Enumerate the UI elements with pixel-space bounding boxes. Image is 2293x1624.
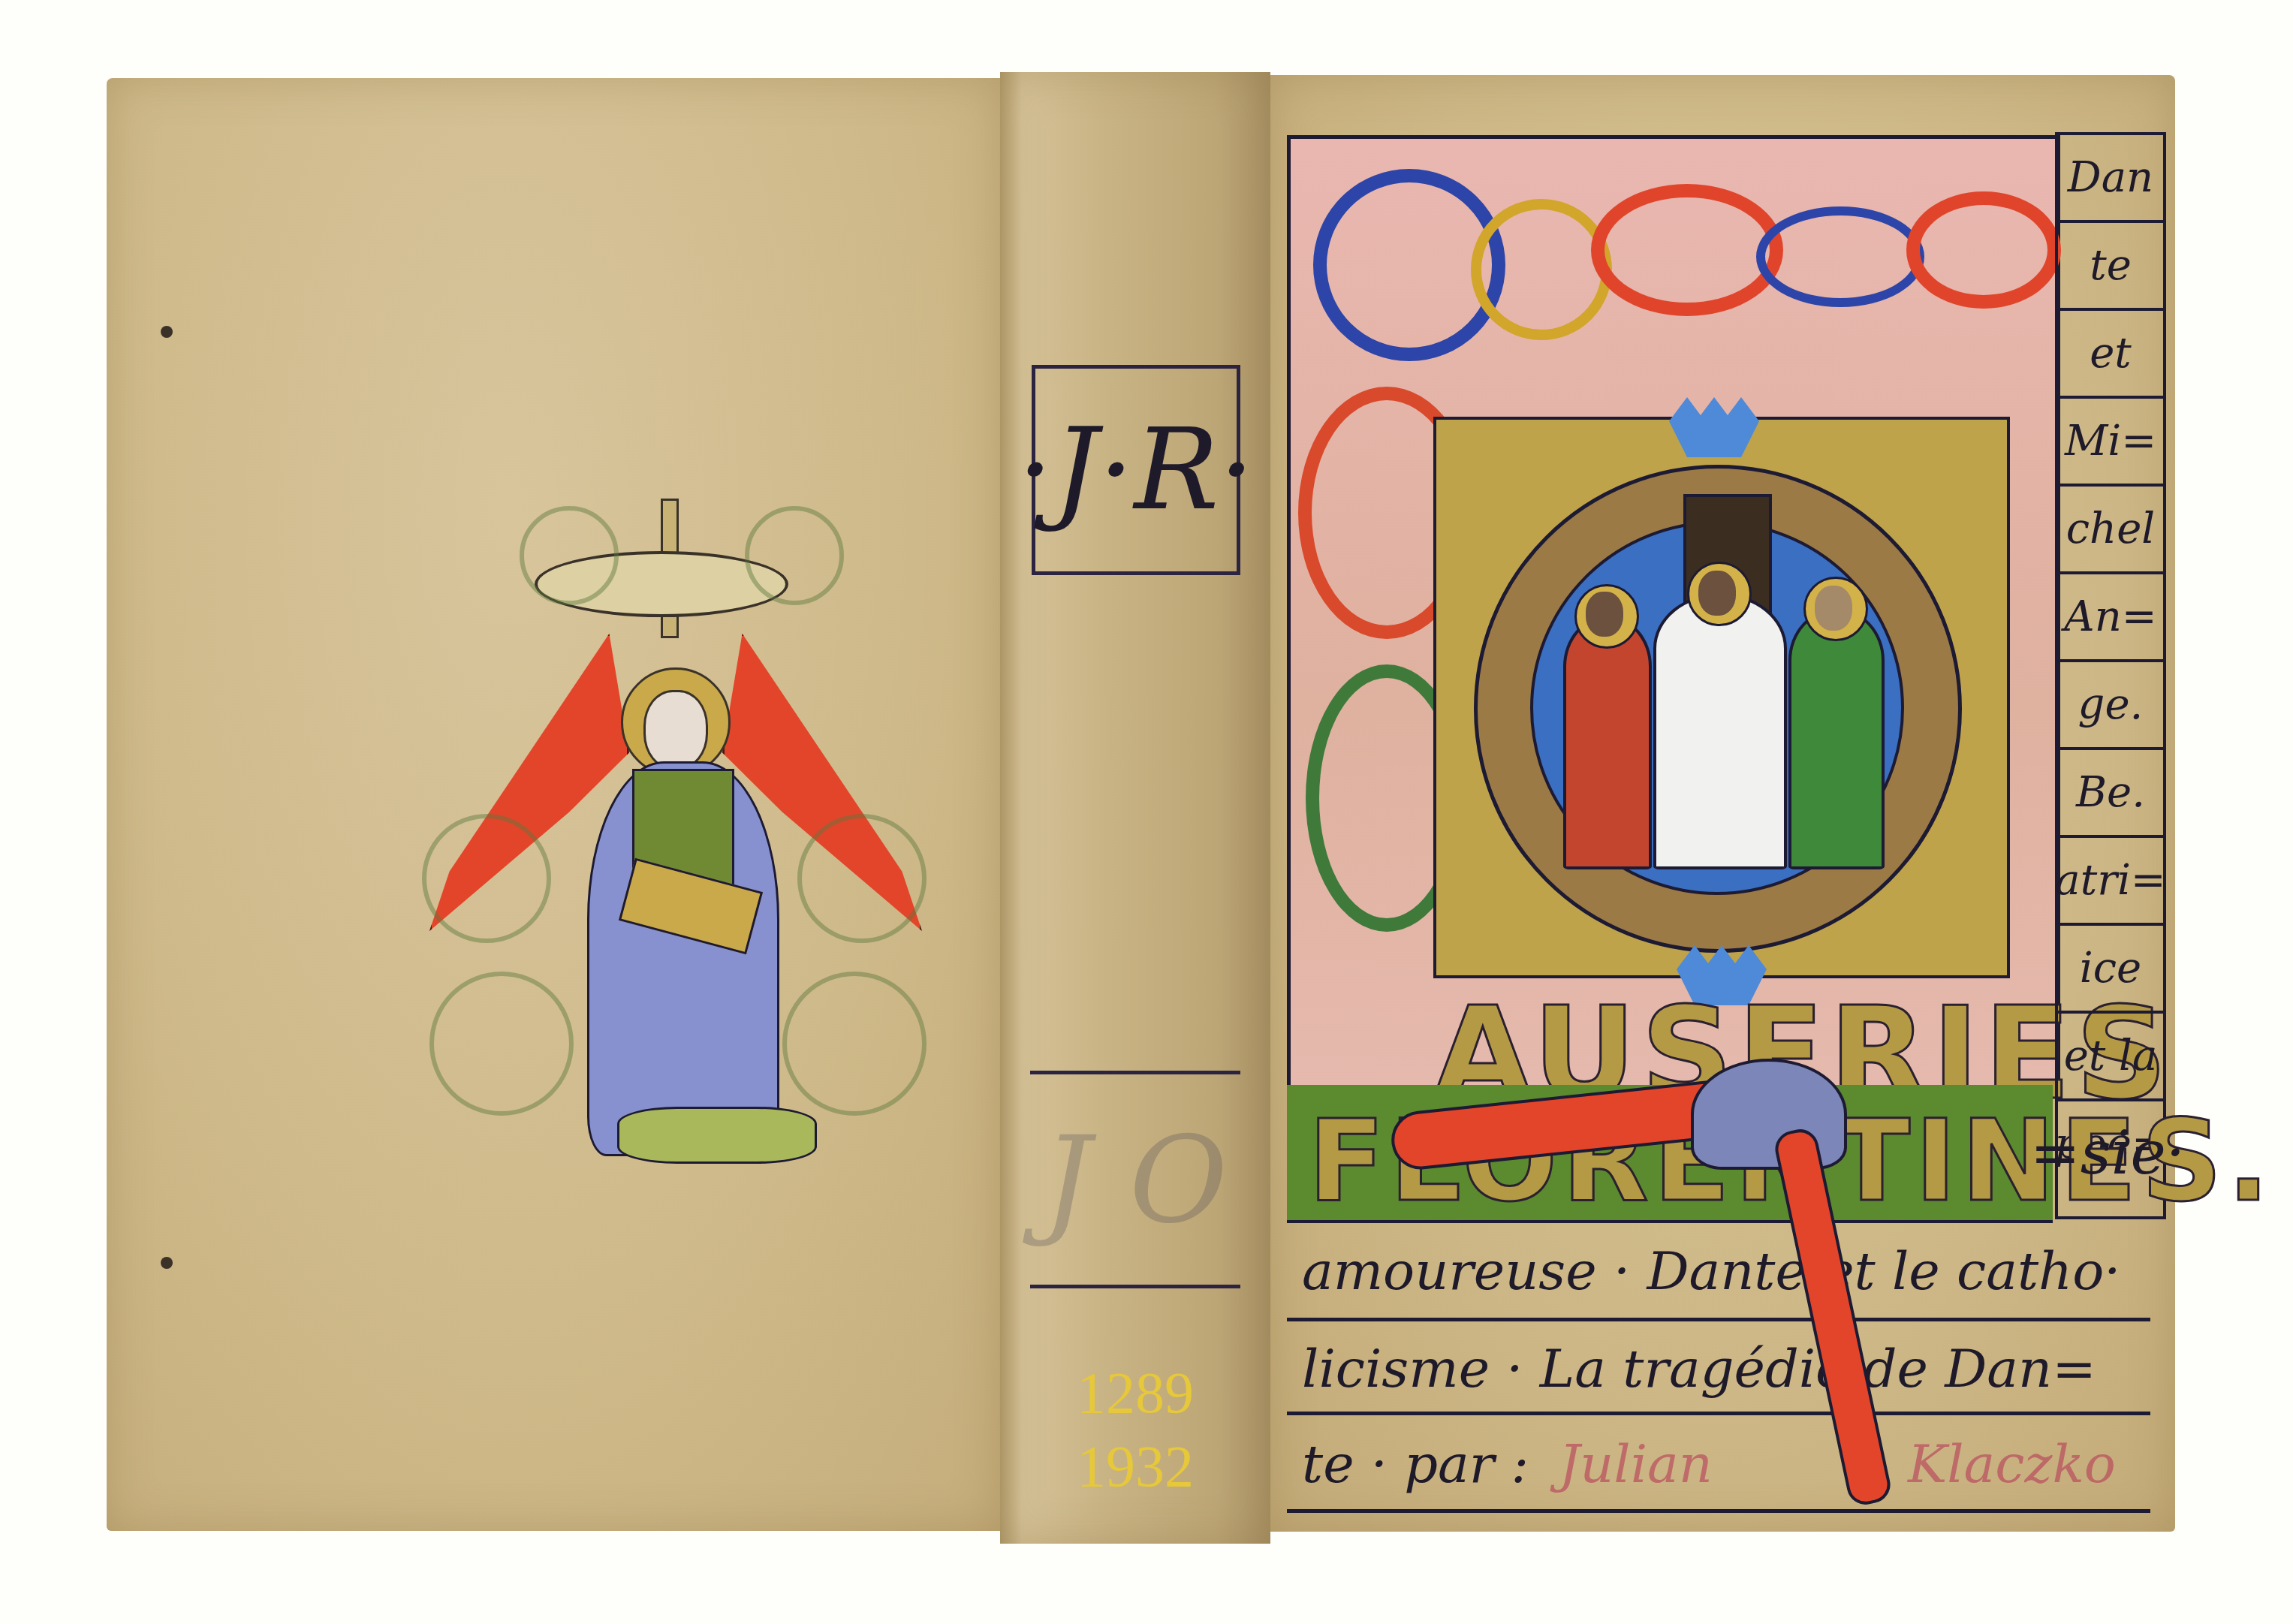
figure-red-robe (1563, 616, 1652, 869)
blue-star-top-icon (1669, 397, 1759, 457)
figure-white-robe (1653, 593, 1787, 869)
red-leaf-ornament (1906, 191, 2061, 309)
angel-illustration (429, 499, 918, 1174)
spine-faded-label: J O (1030, 1071, 1240, 1288)
face (1815, 586, 1852, 631)
initial-letter-ring (1474, 465, 1962, 953)
blue-field (1530, 521, 1904, 895)
vine-ornament (429, 972, 574, 1116)
red-scroll-ornament (1591, 184, 1783, 316)
subtitle-row: licisme · La tragédie de Dan= (1287, 1325, 2150, 1415)
author-first-name: Julian (1559, 1433, 1713, 1495)
punch-hole (161, 326, 173, 338)
vine-ornament (422, 814, 551, 943)
vine-ornament (782, 972, 927, 1116)
side-column-cell: An= (2058, 574, 2163, 662)
blue-scroll-ornament (1756, 206, 1924, 307)
illuminated-panel: AUSERIES (1287, 135, 2060, 1089)
end-year: 1932 (1000, 1430, 1270, 1503)
author-prefix: te · par : (1302, 1433, 1529, 1495)
vine-ornament (797, 814, 927, 943)
subtitle-row: amoureuse · Dante et le catho· (1287, 1224, 2150, 1321)
side-column-cell: te (2058, 223, 2163, 311)
face (1586, 592, 1623, 637)
spine-monogram: ·J·R· (1032, 365, 1240, 575)
fleur-de-lis-icon (1471, 199, 1612, 340)
side-column-cell: ge. (2058, 662, 2163, 750)
side-column-cell: ice (2058, 926, 2163, 1014)
dragon-wing (1691, 1059, 1847, 1170)
face (1698, 571, 1736, 616)
side-column-cell: atri= (2058, 838, 2163, 926)
start-year: 1289 (1000, 1356, 1270, 1430)
book-photo: ·J·R· J O 1289 1932 (0, 0, 2293, 1624)
spine-dates: 1289 1932 (1000, 1356, 1270, 1502)
green-cloth (617, 1107, 817, 1164)
historiated-initial (1433, 417, 2010, 978)
author-row: te · par : Julian Klaczko (1287, 1419, 2150, 1513)
side-column-cell: et (2058, 311, 2163, 399)
author-last-name: Klaczko (1908, 1433, 2116, 1495)
figure-green-robe (1788, 608, 1885, 869)
back-cover (107, 78, 1000, 1531)
side-column-cell: Dan (2058, 135, 2163, 223)
side-title-column: Dan te et Mi= chel An= ge. Be. atri= ice… (2055, 132, 2166, 1219)
vine-ornament (745, 506, 844, 605)
front-cover: AUSERIES Dan te et Mi= chel An= ge. Be. … (1270, 75, 2175, 1532)
side-column-cell: Be. (2058, 750, 2163, 838)
angel-face (643, 690, 708, 770)
punch-hole (161, 1257, 173, 1269)
spine: ·J·R· J O 1289 1932 (1000, 72, 1270, 1544)
title-continuation: =sie· (2055, 1085, 2160, 1220)
side-column-cell: Mi= (2058, 399, 2163, 487)
side-column-cell: chel (2058, 487, 2163, 574)
vine-ornament (520, 506, 619, 605)
